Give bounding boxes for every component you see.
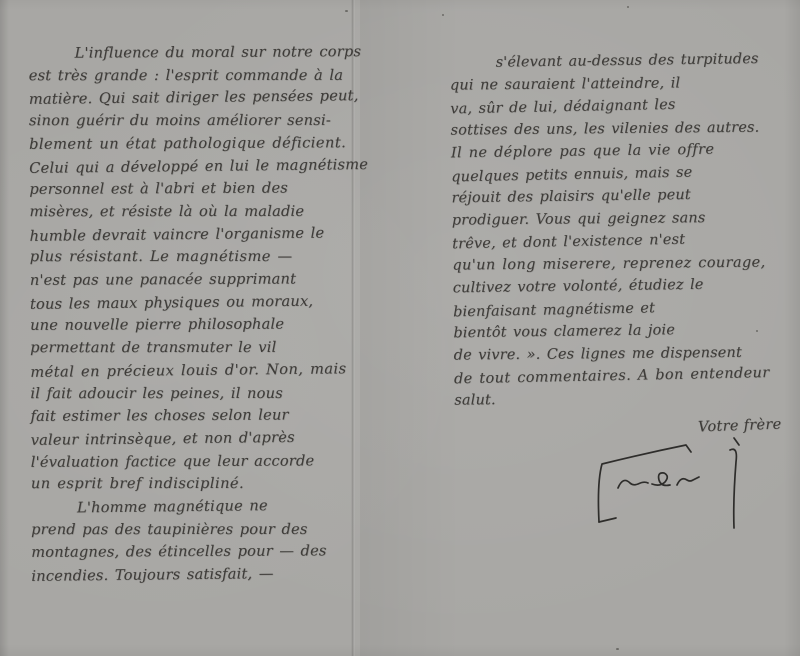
handwritten-line: blement un état pathologique déficient. bbox=[29, 132, 361, 156]
handwritten-line: L'influence du moral sur notre corps bbox=[29, 41, 361, 65]
handwritten-line: tous les maux physiques ou moraux, bbox=[30, 290, 362, 316]
handwritten-line: montagnes, des étincelles pour — des bbox=[31, 541, 363, 565]
closing-salutation: Votre frère bbox=[698, 417, 782, 436]
handwritten-line: s'élevant au-dessus des turpitudes bbox=[450, 48, 786, 75]
dust-speck bbox=[345, 10, 348, 12]
handwritten-line: l'évaluation factice que leur accorde bbox=[31, 450, 363, 474]
signature-stroke bbox=[618, 473, 699, 488]
handwritten-line: humble devrait vaincre l'organisme le bbox=[29, 222, 361, 248]
signature-stroke bbox=[734, 438, 739, 445]
handwritten-line: Celui qui a développé en lui le magnétis… bbox=[29, 154, 361, 180]
handwritten-line: personnel est à l'abri et bien des bbox=[29, 177, 361, 201]
handwritten-line: L'homme magnétique ne bbox=[31, 494, 363, 520]
handwritten-line: valeur intrinsèque, et non d'après bbox=[31, 426, 363, 452]
signature bbox=[584, 436, 769, 534]
dust-speck bbox=[756, 330, 758, 332]
handwritten-line: métal en précieux louis d'or. Non, mais bbox=[30, 358, 362, 384]
left-page-text: L'influence du moral sur notre corpsest … bbox=[29, 41, 364, 588]
right-page-text: s'élevant au-dessus des turpitudesqui ne… bbox=[450, 48, 791, 413]
handwritten-line: incendies. Toujours satisfait, — bbox=[31, 562, 363, 588]
handwritten-line: qu'un long miserere, reprenez courage, bbox=[452, 251, 788, 277]
handwritten-line: est très grande : l'esprit commande à la bbox=[29, 65, 361, 88]
handwritten-line: salut. bbox=[454, 386, 790, 412]
handwritten-line: il fait adoucir les peines, il nous bbox=[30, 382, 362, 405]
dust-speck bbox=[627, 6, 629, 8]
scanned-handwritten-letter: L'influence du moral sur notre corpsest … bbox=[0, 0, 800, 656]
handwritten-line: permettant de transmuter le vil bbox=[30, 337, 362, 360]
handwritten-line: un esprit bref indiscipliné. bbox=[31, 473, 363, 496]
handwritten-line: prend pas des taupinières pour des bbox=[31, 519, 363, 542]
handwritten-line: sottises des uns, les vilenies des autre… bbox=[450, 116, 786, 142]
handwritten-line: fait estimer les choses selon leur bbox=[30, 404, 362, 428]
handwritten-line: matière. Qui sait diriger les pensées pe… bbox=[29, 86, 361, 112]
handwritten-line: sinon guérir du moins améliorer sensi- bbox=[29, 110, 361, 133]
handwritten-line: n'est pas une panacée supprimant bbox=[30, 268, 362, 292]
handwritten-line: une nouvelle pierre philosophale bbox=[30, 314, 362, 338]
signature-stroke bbox=[730, 449, 736, 528]
signature-stroke bbox=[599, 518, 616, 522]
dust-speck bbox=[616, 648, 619, 650]
handwritten-line: plus résistant. Le magnétisme — bbox=[30, 246, 362, 269]
dust-speck bbox=[442, 14, 444, 16]
handwritten-line: misères, et résiste là où la maladie bbox=[29, 201, 361, 224]
